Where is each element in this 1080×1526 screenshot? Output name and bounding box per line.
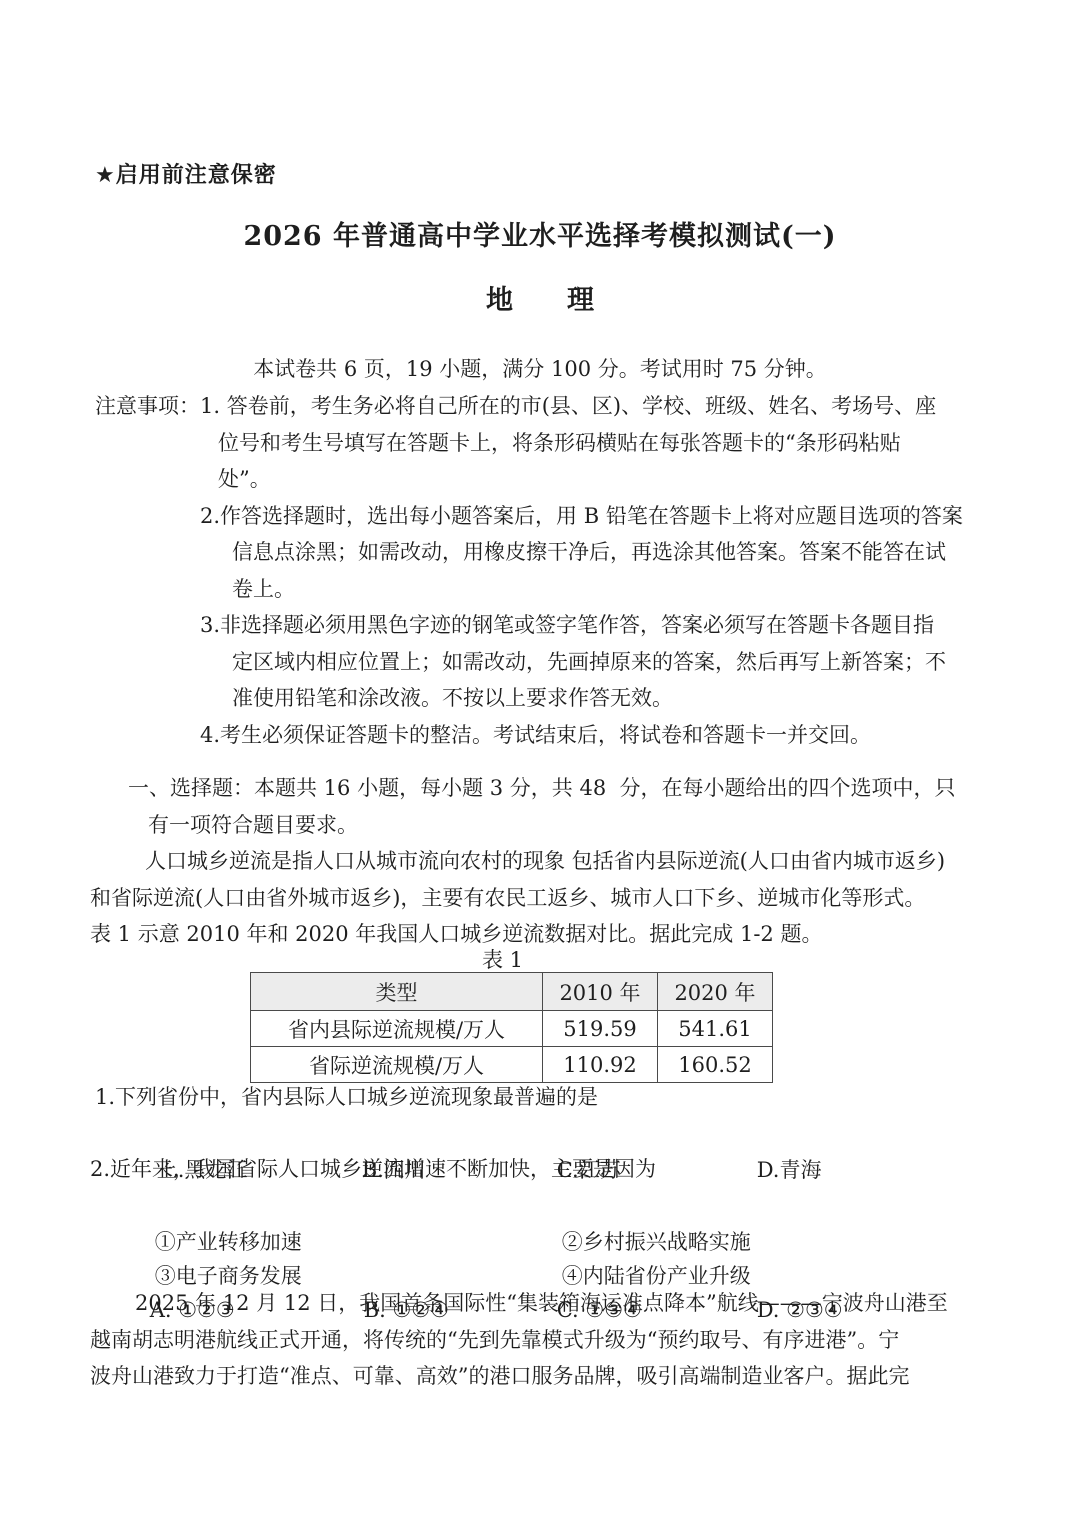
- question-2-stem: 2.近年来，我国省际人口城乡逆流增速不断加快，主要是因为: [90, 1151, 656, 1188]
- passage-line: 波舟山港致力于打造“准点、可靠、高效”的港口服务品牌，吸引高端制造业客户。据此完: [90, 1358, 948, 1395]
- passage-line: 越南胡志明港航线正式开通，将传统的“先到先靠模式升级为“预约取号、有序进港”。宁: [90, 1322, 948, 1359]
- secrecy-note: ★启用前注意保密: [95, 158, 277, 189]
- subject-title: 地 理: [0, 278, 1080, 317]
- data-table: 类型 2010 年 2020 年 省内县际逆流规模/万人 519.59 541.…: [250, 972, 773, 1083]
- question-1-stem: 1.下列省份中，省内县际人口城乡逆流现象最普遍的是: [95, 1079, 598, 1116]
- page-title: 2026 年普通高中学业水平选择考模拟测试(一): [0, 214, 1080, 253]
- option-item: D.青海: [757, 1152, 822, 1189]
- notice-line: 注意事项：1. 答卷前，考生务必将自己所在的市(县、区)、学校、班级、姓名、考场…: [95, 388, 963, 425]
- table-header-cell: 类型: [251, 973, 543, 1011]
- section-heading-line: 有一项符合题目要求。: [90, 807, 956, 844]
- exam-info-line: 本试卷共 6 页，19 小题，满分 100 分。考试用时 75 分钟。: [0, 351, 1080, 388]
- notice-line: 3.非选择题必须用黑色字迹的钢笔或签字笔作答，答案必须写在答题卡各题目指: [95, 607, 963, 644]
- passage-line: 2025 年 12 月 12 日，我国首条国际性“集装箱海运准点降本”航线———…: [90, 1285, 948, 1322]
- table-header-row: 类型 2010 年 2020 年: [251, 973, 773, 1011]
- notice-line: 准使用铅笔和涂改液。不按以上要求作答无效。: [95, 680, 963, 717]
- table-cell: 省内县际逆流规模/万人: [251, 1011, 543, 1047]
- reverse-flow-table: 类型 2010 年 2020 年 省内县际逆流规模/万人 519.59 541.…: [250, 972, 773, 1083]
- notice-line: 信息点涂黑；如需改动，用橡皮擦干净后，再选涂其他答案。答案不能答在试: [95, 534, 963, 571]
- section-heading-line: 一、选择题：本题共 16 小题，每小题 3 分，共 48 分，在每小题给出的四个…: [90, 770, 956, 807]
- table-header-cell: 2010 年: [543, 973, 658, 1011]
- table-row: 省际逆流规模/万人 110.92 160.52: [251, 1047, 773, 1083]
- table-cell: 省际逆流规模/万人: [251, 1047, 543, 1083]
- passage-2: 2025 年 12 月 12 日，我国首条国际性“集装箱海运准点降本”航线———…: [90, 1285, 948, 1395]
- table-header-cell: 2020 年: [658, 973, 773, 1011]
- passage-1: 人口城乡逆流是指人口从城市流向农村的现象 包括省内县际逆流(人口由省内城市返乡)…: [90, 843, 945, 953]
- table-cell: 110.92: [543, 1047, 658, 1083]
- passage-line: 人口城乡逆流是指人口从城市流向农村的现象 包括省内县际逆流(人口由省内城市返乡): [90, 843, 945, 880]
- table-cell: 519.59: [543, 1011, 658, 1047]
- notice-line: 位号和考生号填写在答题卡上，将条形码横贴在每张答题卡的“条形码粘贴: [95, 425, 963, 462]
- notice-line: 4.考生必须保证答题卡的整洁。考试结束后，将试卷和答题卡一并交回。: [95, 717, 963, 754]
- section-heading: 一、选择题：本题共 16 小题，每小题 3 分，共 48 分，在每小题给出的四个…: [90, 770, 956, 843]
- table-row: 省内县际逆流规模/万人 519.59 541.61: [251, 1011, 773, 1047]
- notices-block: 注意事项：1. 答卷前，考生务必将自己所在的市(县、区)、学校、班级、姓名、考场…: [95, 388, 963, 753]
- table-cell: 160.52: [658, 1047, 773, 1083]
- exam-paper-page: ★启用前注意保密 2026 年普通高中学业水平选择考模拟测试(一) 地 理 本试…: [0, 0, 1080, 1526]
- notice-line: 处”。: [95, 461, 963, 498]
- notice-line: 卷上。: [95, 571, 963, 608]
- table-cell: 541.61: [658, 1011, 773, 1047]
- notice-line: 2.作答选择题时，选出每小题答案后，用 B 铅笔在答题卡上将对应题目选项的答案: [95, 498, 963, 535]
- passage-line: 和省际逆流(人口由省外城市返乡)，主要有农民工返乡、城市人口下乡、逆城市化等形式…: [90, 880, 945, 917]
- notice-line: 定区域内相应位置上；如需改动，先画掉原来的答案，然后再写上新答案；不: [95, 644, 963, 681]
